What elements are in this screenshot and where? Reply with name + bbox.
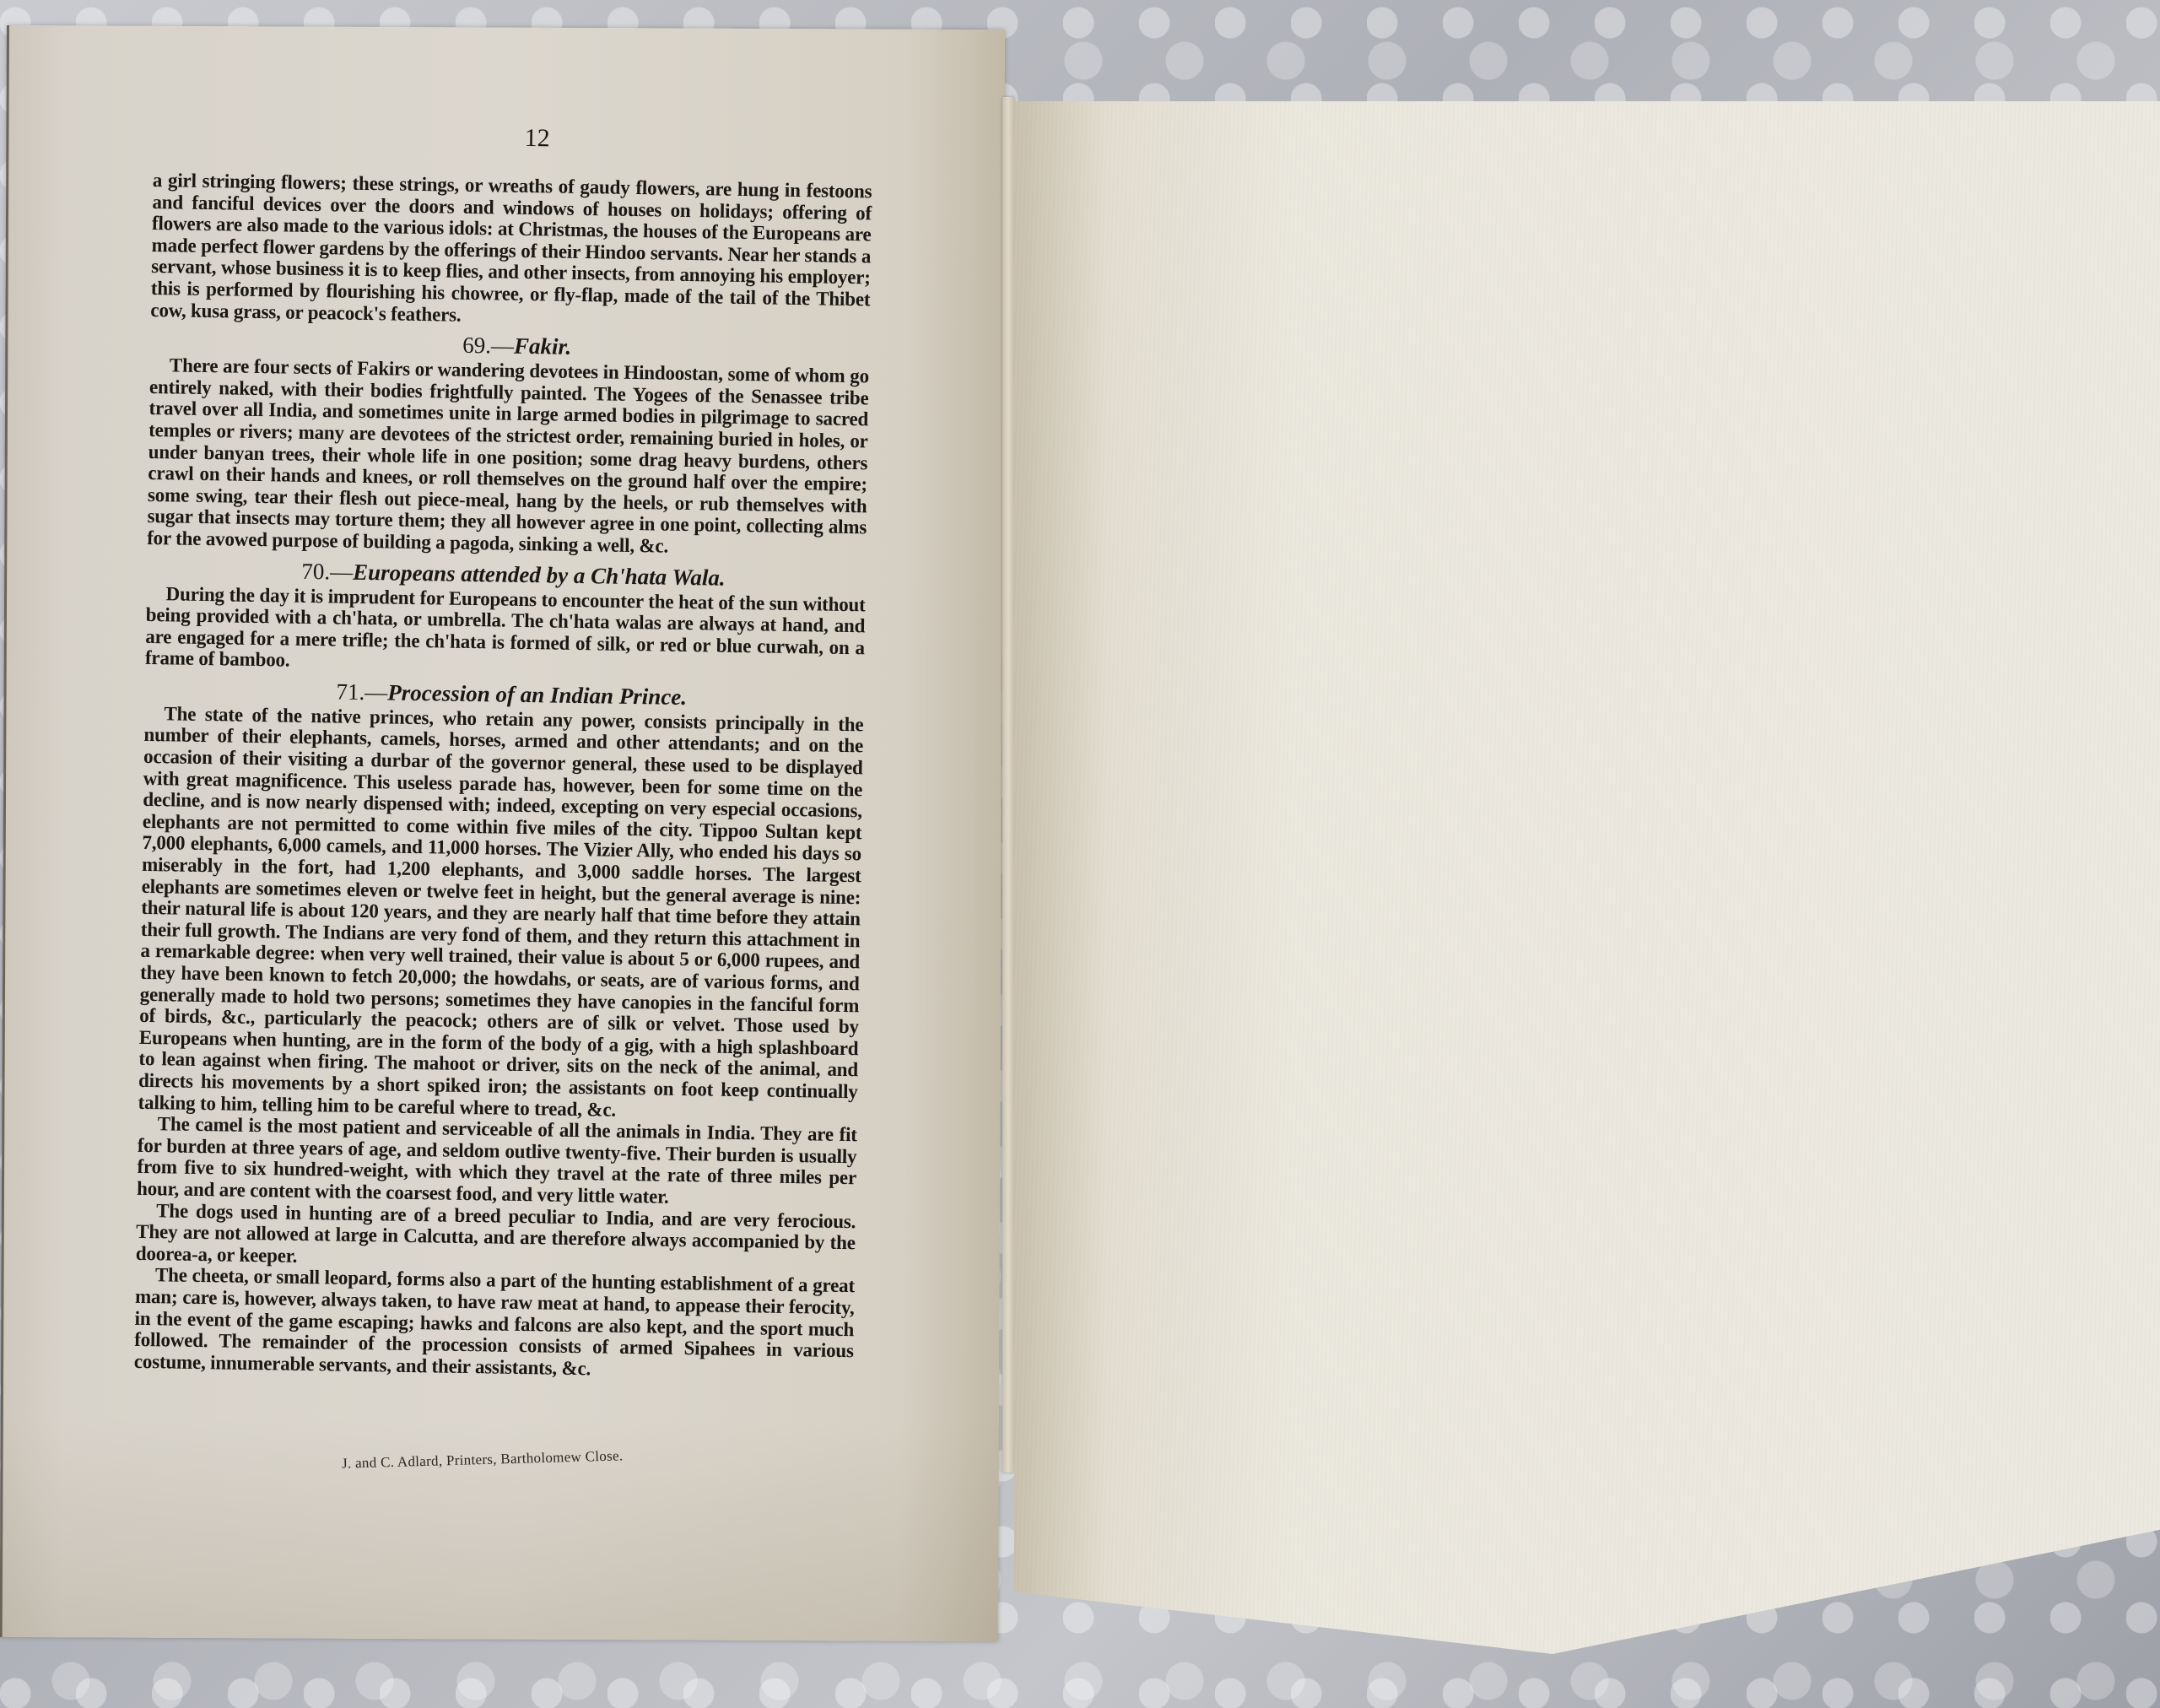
section-number: 70.— xyxy=(301,558,353,584)
page-text: 12 a girl stringing flowers; these strin… xyxy=(134,118,888,1385)
section-title: Procession of an Indian Prince. xyxy=(387,679,687,710)
section-paragraph: The cheeta, or small leopard, forms also… xyxy=(134,1265,856,1384)
section-title: Fakir. xyxy=(514,333,572,359)
section-number: 69.— xyxy=(462,332,514,359)
section-paragraph: The camel is the most patient and servic… xyxy=(137,1114,857,1212)
section-number: 71.— xyxy=(336,678,387,705)
book-gutter xyxy=(1002,97,1014,1473)
section-paragraph: The state of the native princes, who ret… xyxy=(138,704,863,1126)
section-paragraph: There are four sects of Fakirs or wander… xyxy=(147,355,869,561)
right-page-blank xyxy=(1014,101,2160,1654)
section-paragraph: The dogs used in hunting are of a breed … xyxy=(136,1200,856,1276)
intro-paragraph: a girl stringing flowers; these strings,… xyxy=(150,170,872,333)
section-title: Europeans attended by a Ch'hata Wala. xyxy=(353,559,726,590)
section-paragraph: During the day it is imprudent for Europ… xyxy=(145,583,866,681)
